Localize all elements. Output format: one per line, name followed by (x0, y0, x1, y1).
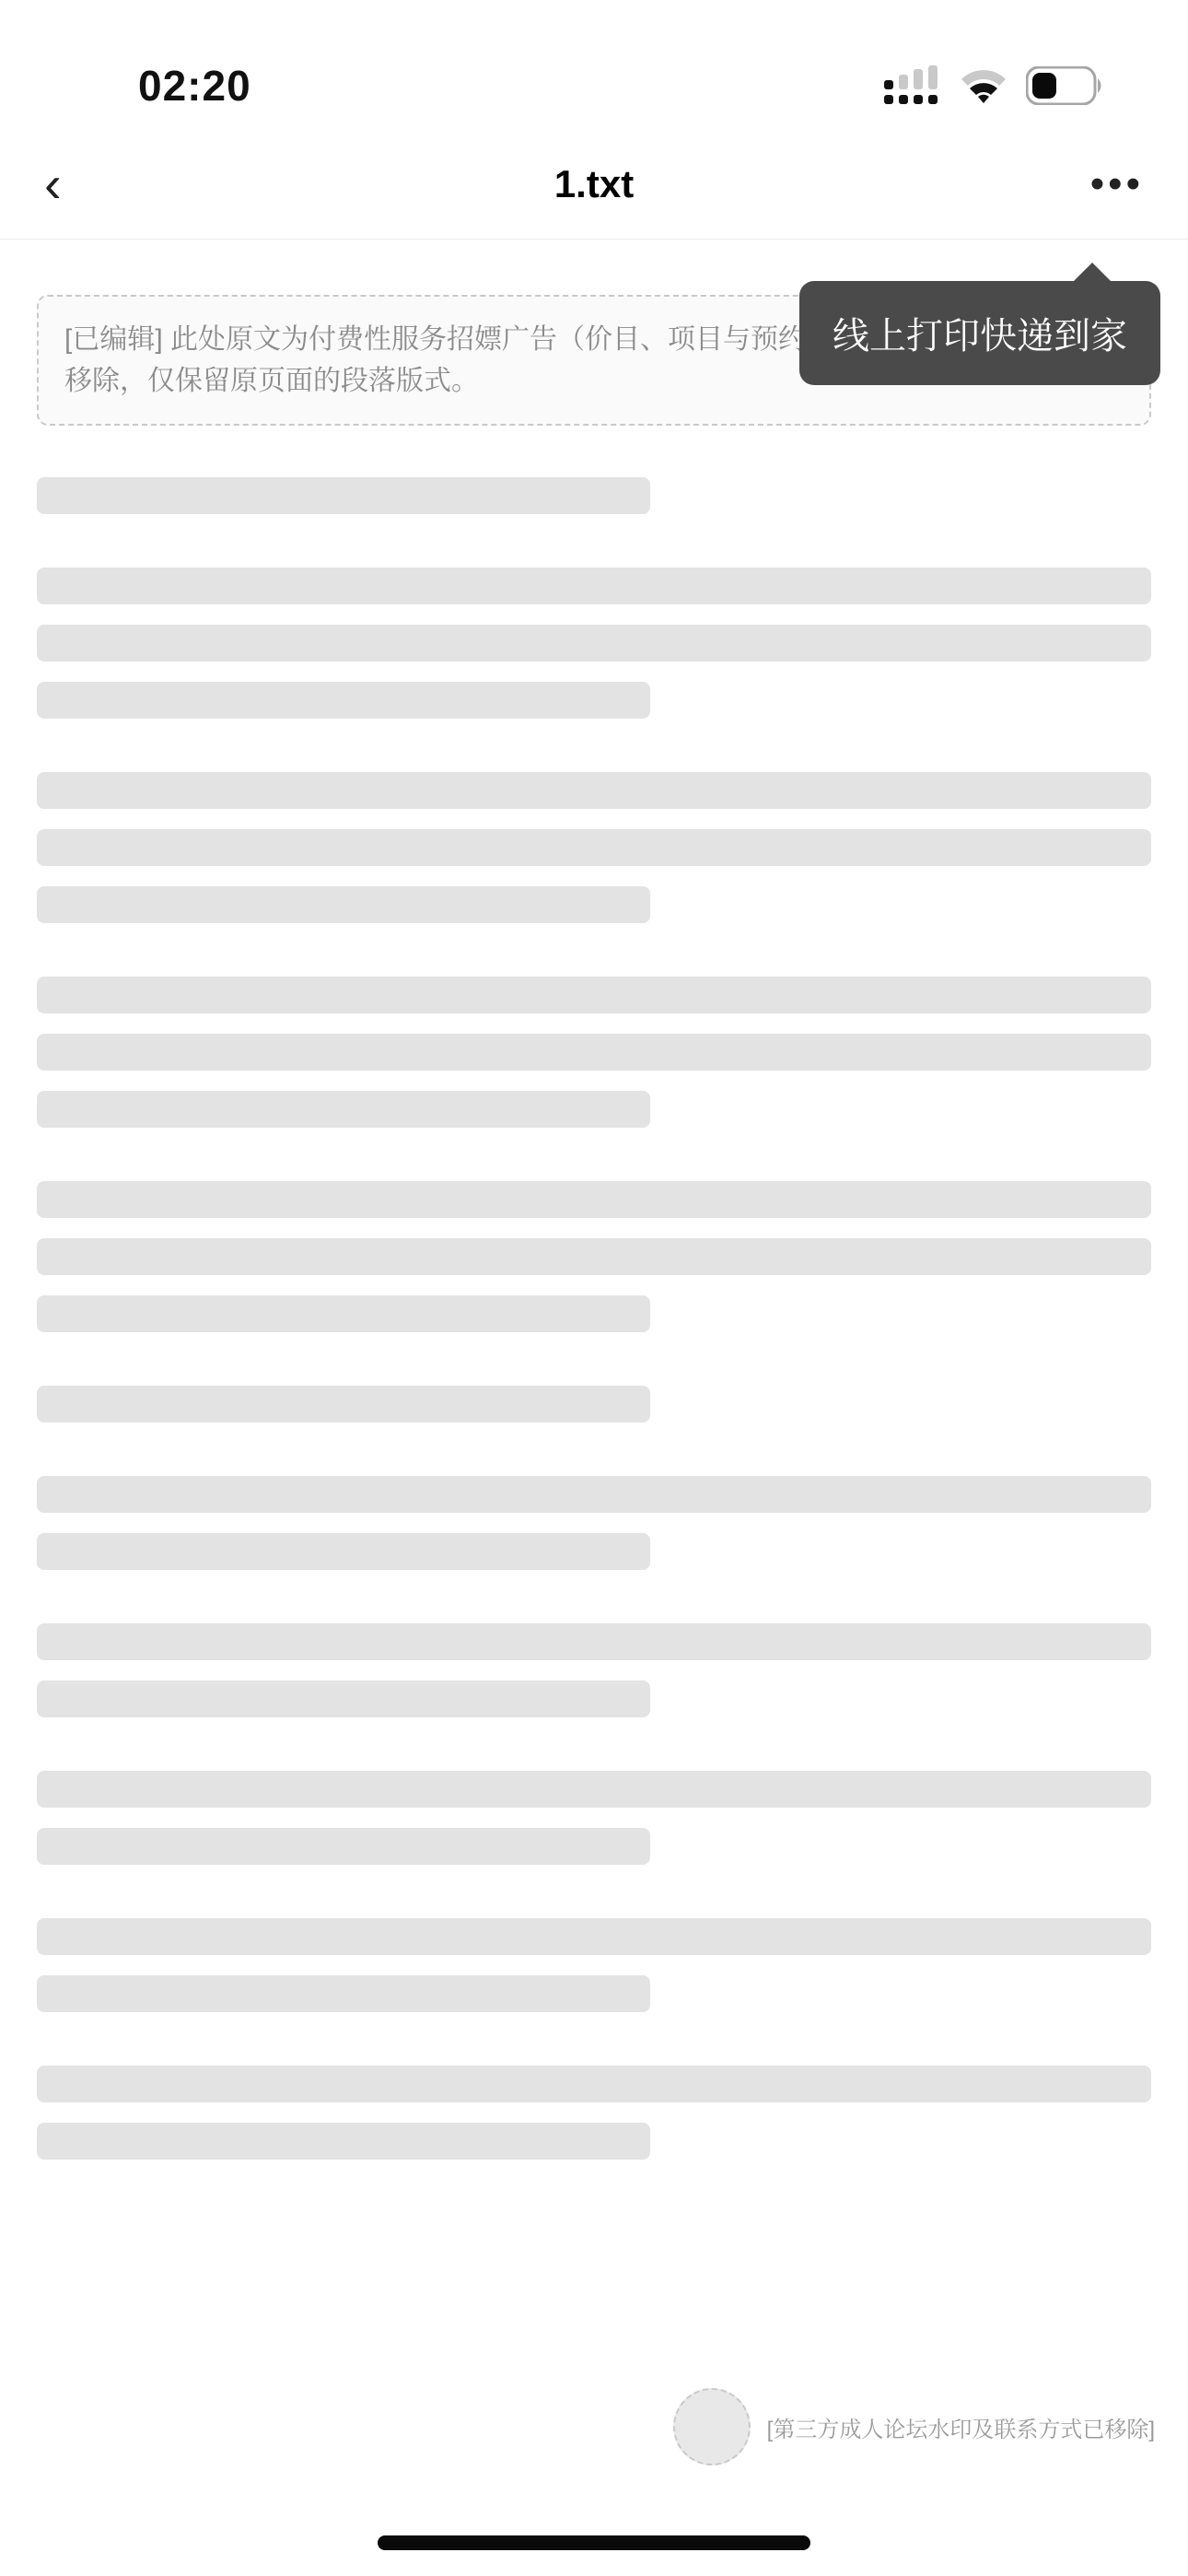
redacted-line (37, 1091, 650, 1128)
redacted-paragraph (37, 477, 1151, 514)
redacted-line (37, 1680, 650, 1717)
redacted-line (37, 829, 1151, 866)
tooltip-label: 线上打印快递到家 (833, 316, 1127, 357)
watermark-note: [第三方成人论坛水印及联系方式已移除] (767, 2411, 1155, 2443)
redacted-line (37, 682, 650, 719)
redacted-line (37, 886, 650, 923)
redacted-line (37, 1623, 1151, 1660)
redacted-paragraph (37, 568, 1151, 719)
redacted-paragraph (37, 977, 1151, 1128)
redacted-paragraph (37, 1918, 1151, 2012)
status-time: 02:20 (138, 61, 251, 111)
redacted-line (37, 568, 1151, 604)
chevron-left-icon: ‹ (44, 155, 62, 213)
tooltip-arrow-icon (1072, 263, 1112, 283)
redacted-line (37, 1975, 650, 2012)
redacted-paragraph (37, 1386, 1151, 1423)
redacted-line (37, 625, 1151, 662)
wifi-icon (958, 66, 1009, 110)
redacted-paragraph (37, 1476, 1151, 1570)
redacted-paragraph (37, 1181, 1151, 1332)
page-title: 1.txt (554, 162, 634, 206)
redacted-line (37, 772, 1151, 809)
redacted-paragraph (37, 2066, 1151, 2160)
redacted-line (37, 1181, 1151, 1218)
status-icons (882, 65, 1105, 111)
redacted-line (37, 1295, 650, 1332)
watermark-logo-icon (673, 2388, 751, 2465)
nav-bar: ‹ 1.txt ••• (0, 129, 1188, 240)
redacted-line (37, 477, 650, 514)
back-button[interactable]: ‹ (44, 158, 118, 210)
battery-icon (1026, 66, 1105, 110)
redacted-line (37, 1386, 650, 1423)
redacted-paragraph (37, 1771, 1151, 1865)
cellular-signal-icon (882, 65, 941, 111)
redacted-line (37, 1918, 1151, 1955)
watermark-placeholder: [第三方成人论坛水印及联系方式已移除] (673, 2388, 1155, 2465)
redacted-line (37, 1828, 650, 1865)
redacted-text (37, 477, 1151, 2160)
redacted-line (37, 1238, 1151, 1275)
redacted-line (37, 2066, 1151, 2102)
print-tooltip[interactable]: 线上打印快递到家 (799, 281, 1160, 385)
more-options-button[interactable]: ••• (1070, 161, 1144, 207)
status-bar: 02:20 (0, 0, 1188, 129)
ellipsis-icon: ••• (1090, 161, 1144, 206)
redacted-line (37, 1533, 650, 1570)
redacted-line (37, 2123, 650, 2160)
redacted-line (37, 1476, 1151, 1513)
document-body: [已编辑] 此处原文为付费性服务招嫖广告（价目、项目与预约说明），内容已按安全政… (0, 240, 1188, 2160)
redacted-paragraph (37, 772, 1151, 923)
redacted-line (37, 977, 1151, 1013)
redacted-line (37, 1034, 1151, 1071)
redacted-line (37, 1771, 1151, 1808)
redacted-paragraph (37, 1623, 1151, 1717)
home-indicator[interactable] (378, 2535, 810, 2550)
